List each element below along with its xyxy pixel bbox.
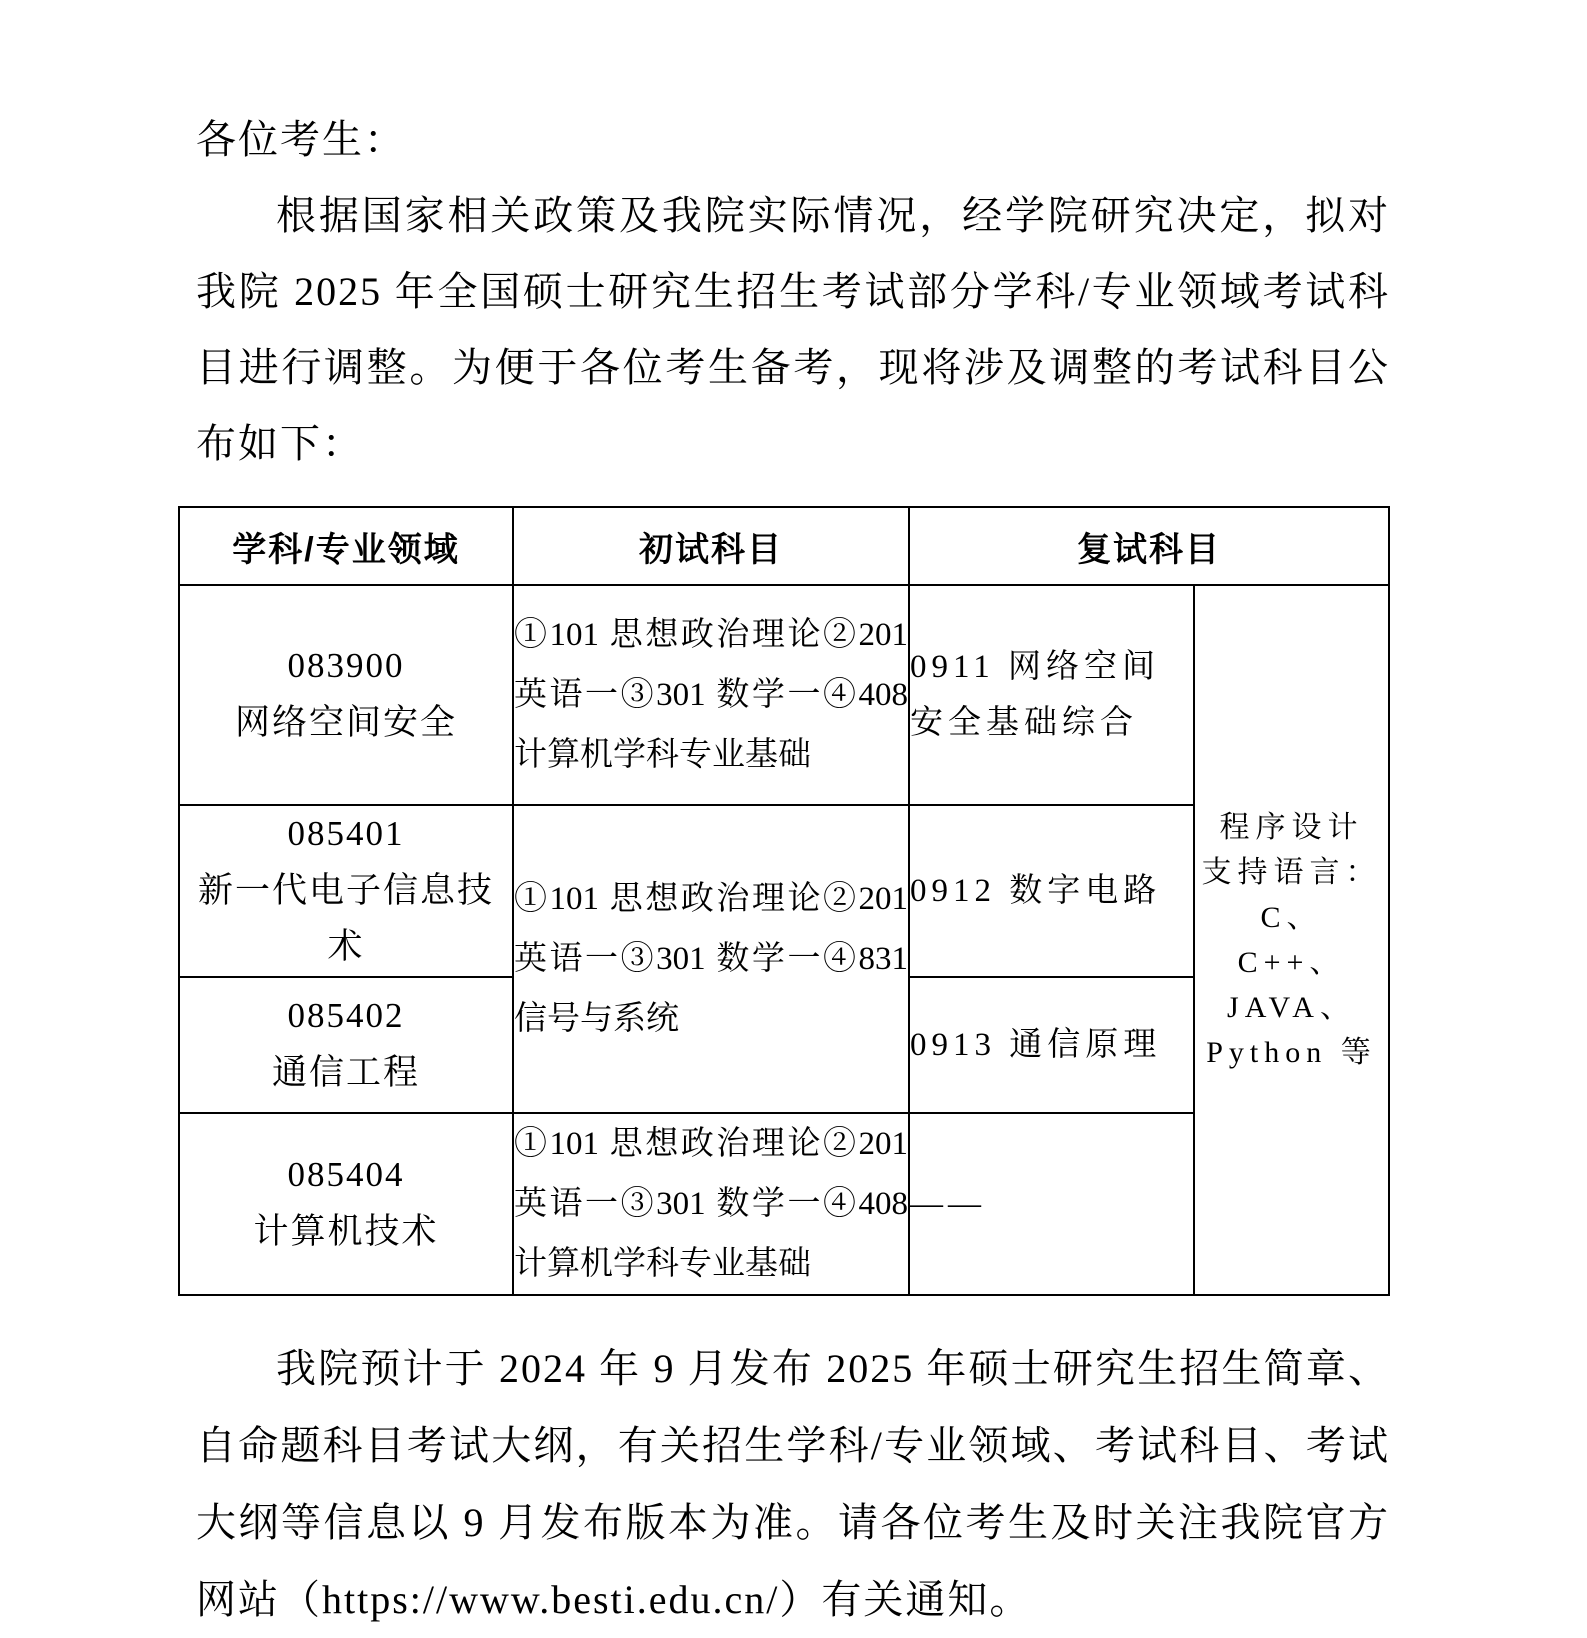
col-header-retest: 复试科目 xyxy=(909,507,1389,585)
retest-subject-cell: 0912 数字电路 xyxy=(909,805,1194,977)
note-line: 程序设计 xyxy=(1195,805,1388,850)
discipline-cell: 085401 新一代电子信息技术 xyxy=(179,805,513,977)
discipline-code: 085401 xyxy=(180,806,512,863)
initial-exam-cell: ①101 思想政治理论②201 英语一③301 数学一④831 信号与系统 xyxy=(513,805,909,1113)
discipline-code: 085404 xyxy=(180,1147,512,1204)
discipline-name: 计算机技术 xyxy=(180,1204,512,1261)
col-header-discipline: 学科/专业领域 xyxy=(179,507,513,585)
programming-languages-note-cell: 程序设计 支持语言： C、 C++、 JAVA、 Python 等 xyxy=(1194,585,1389,1295)
retest-subject-cell: —— xyxy=(909,1113,1194,1295)
note-line: C、 xyxy=(1195,895,1388,940)
salutation: 各位考生： xyxy=(196,102,1390,178)
note-line: Python 等 xyxy=(1195,1030,1388,1075)
note-line: JAVA、 xyxy=(1195,985,1388,1030)
discipline-cell: 085402 通信工程 xyxy=(179,977,513,1113)
intro-paragraph: 根据国家相关政策及我院实际情况，经学院研究决定，拟对我院 2025 年全国硕士研… xyxy=(196,178,1390,482)
discipline-cell: 085404 计算机技术 xyxy=(179,1113,513,1295)
discipline-code: 085402 xyxy=(180,988,512,1045)
table-header-row: 学科/专业领域 初试科目 复试科目 xyxy=(179,507,1389,585)
notice-document: 各位考生： 根据国家相关政策及我院实际情况，经学院研究决定，拟对我院 2025 … xyxy=(0,0,1587,1638)
website-url: https://www.besti.edu.cn/ xyxy=(322,1577,779,1622)
retest-subject-cell: 0911 网络空间安全基础综合 xyxy=(909,585,1194,805)
note-line: 支持语言： xyxy=(1195,850,1388,895)
discipline-name: 网络空间安全 xyxy=(180,695,512,752)
note-line: C++、 xyxy=(1195,940,1388,985)
col-header-initial-exam: 初试科目 xyxy=(513,507,909,585)
discipline-cell: 083900 网络空间安全 xyxy=(179,585,513,805)
closing-text-after-url: ）有关通知。 xyxy=(779,1577,1031,1622)
table-row-083900: 083900 网络空间安全 ①101 思想政治理论②201 英语一③301 数学… xyxy=(179,585,1389,805)
discipline-code: 083900 xyxy=(180,638,512,695)
discipline-name: 新一代电子信息技术 xyxy=(180,863,512,976)
initial-exam-cell: ①101 思想政治理论②201 英语一③301 数学一④408 计算机学科专业基… xyxy=(513,1113,909,1295)
initial-exam-cell: ①101 思想政治理论②201 英语一③301 数学一④408 计算机学科专业基… xyxy=(513,585,909,805)
discipline-name: 通信工程 xyxy=(180,1045,512,1102)
closing-paragraph: 我院预计于 2024 年 9 月发布 2025 年硕士研究生招生简章、自命题科目… xyxy=(196,1330,1390,1638)
exam-subjects-table: 学科/专业领域 初试科目 复试科目 083900 网络空间安全 ①101 思想政… xyxy=(178,506,1390,1296)
retest-subject-cell: 0913 通信原理 xyxy=(909,977,1194,1113)
